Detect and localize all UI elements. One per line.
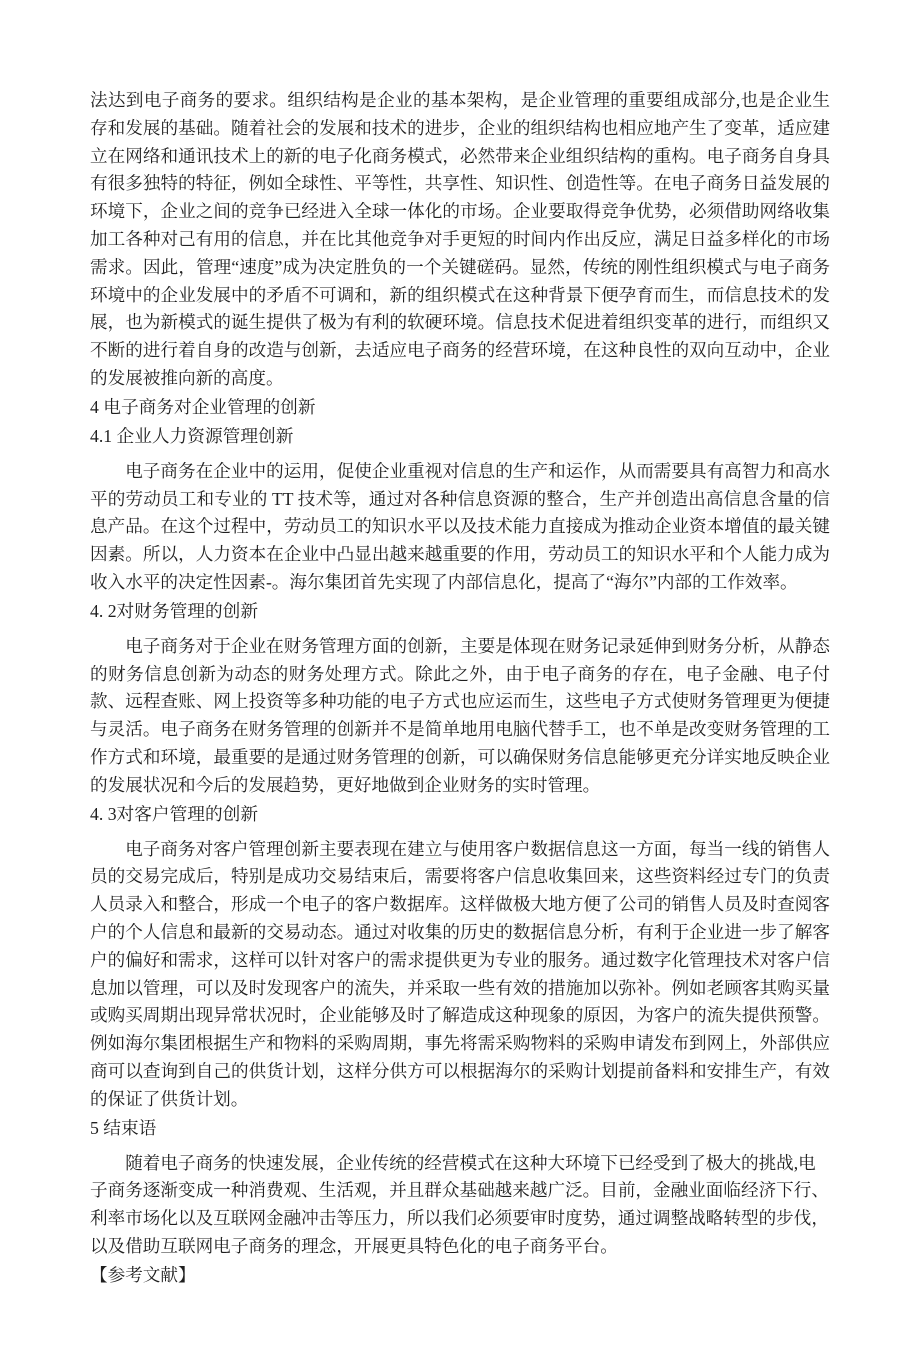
heading-section-5-conclusion: 5 结束语 (90, 1114, 830, 1143)
heading-section-4-ecommerce-management-innovation: 4 电子商务对企业管理的创新 (90, 393, 830, 422)
document-page: 法达到电子商务的要求。组织结构是企业的基本架构，是企业管理的重要组成部分,也是企… (0, 0, 920, 1361)
heading-section-4-2-finance-innovation: 4. 2对财务管理的创新 (90, 597, 830, 626)
paragraph-4-3-customer-innovation: 电子商务对客户管理创新主要表现在建立与使用客户数据信息这一方面，每当一线的销售人… (90, 836, 830, 1114)
paragraph-org-structure-continuation: 法达到电子商务的要求。组织结构是企业的基本架构，是企业管理的重要组成部分,也是企… (90, 87, 830, 393)
paragraph-5-conclusion: 随着电子商务的快速发展，企业传统的经营模式在这种大环境下已经受到了极大的挑战,电… (90, 1150, 830, 1261)
heading-section-4-1-hr-innovation: 4.1 企业人力资源管理创新 (90, 422, 830, 451)
paragraph-4-2-finance-innovation: 电子商务对于企业在财务管理方面的创新，主要是体现在财务记录延伸到财务分析，从静态… (90, 633, 830, 800)
heading-section-4-3-customer-innovation: 4. 3对客户管理的创新 (90, 800, 830, 829)
paragraph-4-1-hr-innovation: 电子商务在企业中的运用，促使企业重视对信息的生产和运作，从而需要具有高智力和高水… (90, 458, 830, 597)
references-label: 【参考文献】 (90, 1261, 830, 1290)
